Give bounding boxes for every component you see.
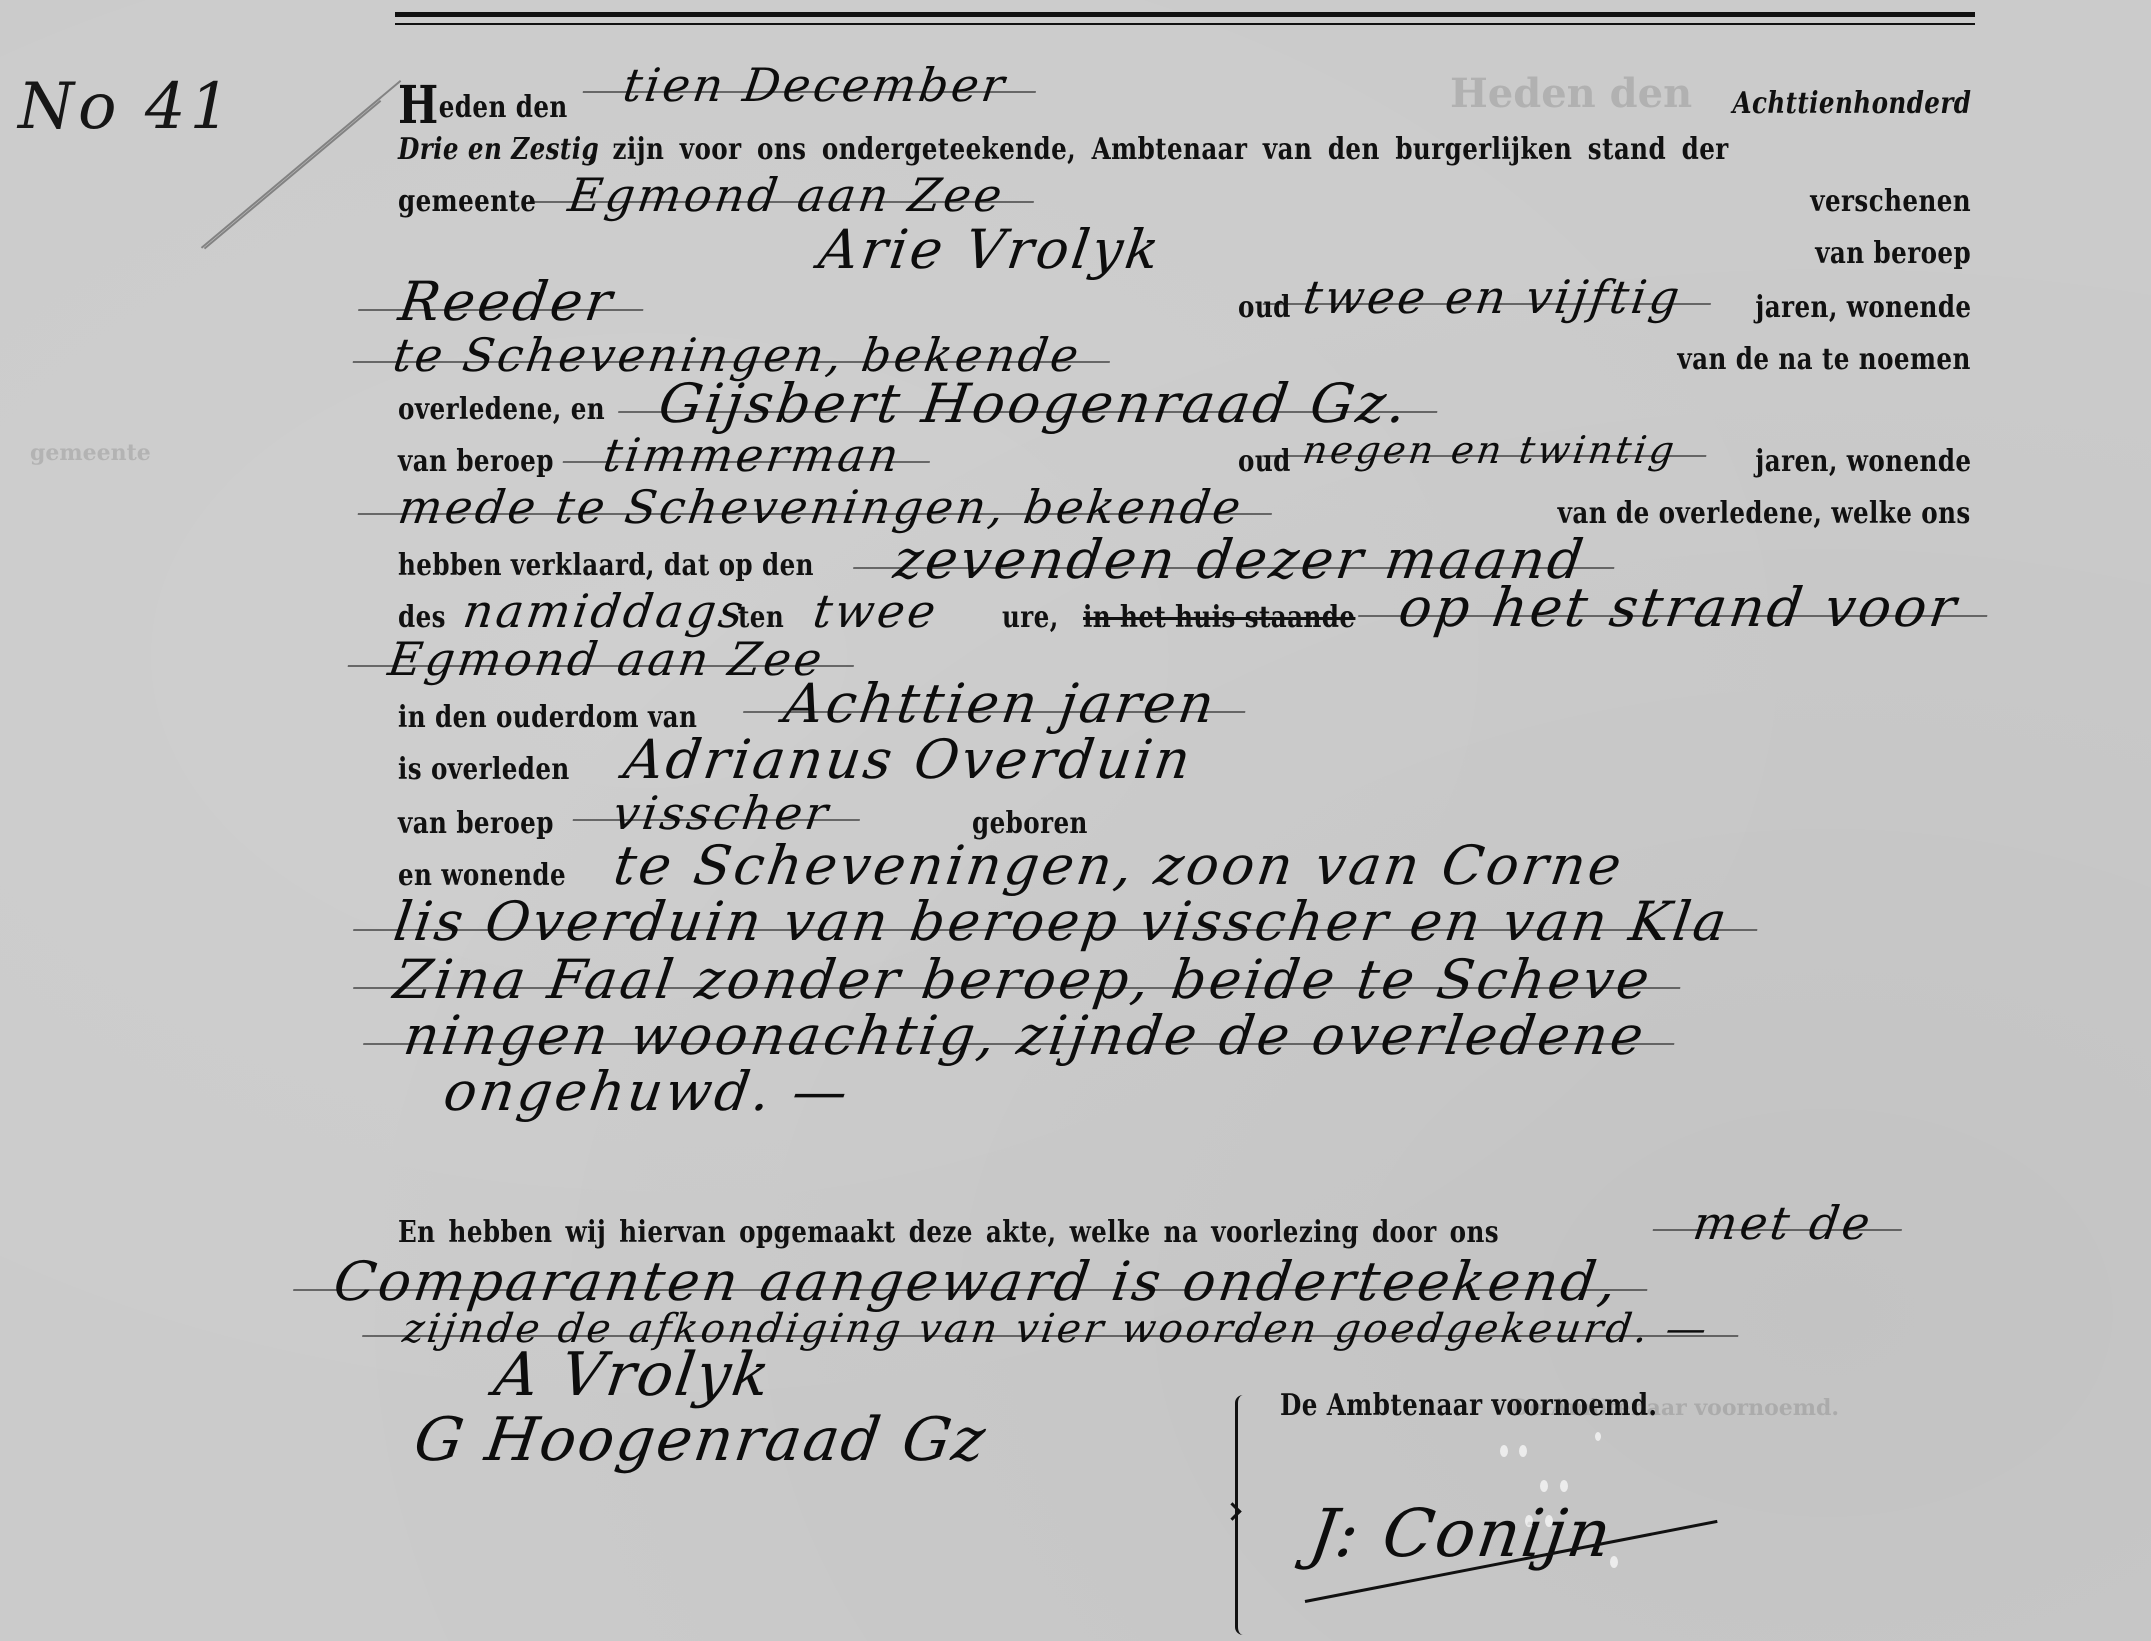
drop-cap: H bbox=[398, 75, 439, 136]
handwritten-hour: twee bbox=[810, 584, 942, 638]
entry-number: No 41 bbox=[18, 70, 234, 144]
printed-gemeente: gemeente bbox=[398, 184, 536, 219]
handwritten-residence-parent: te Scheveningen, zoon van Corne bbox=[610, 834, 1628, 897]
printed-official-clause: , zijn voor ons ondergeteekende, Ambtena… bbox=[588, 132, 1729, 167]
printed-en-wonende: en wonende bbox=[398, 858, 566, 893]
printed-ten: ten bbox=[738, 600, 784, 635]
printed-closing-clause: En hebben wij hiervan opgemaakt deze akt… bbox=[398, 1215, 1499, 1250]
handwritten-closing-2: Comparanten aangeward is onderteekend, bbox=[330, 1250, 1623, 1313]
printed-van-beroep-2: van beroep bbox=[398, 444, 554, 479]
handwritten-witness-2-name: Gijsbert Hoogenraad Gz. bbox=[655, 372, 1413, 435]
handwritten-place-of-death-cont: Egmond aan Zee bbox=[385, 632, 828, 686]
handwritten-witness-1-age: twee en vijftig bbox=[1300, 270, 1686, 324]
handwritten-parents-line-3: ningen woonachtig, zijnde de overledene bbox=[400, 1004, 1650, 1067]
printed-na-te-noemen: van de na te noemen bbox=[1678, 342, 1971, 377]
handwritten-closing-1: met de bbox=[1690, 1196, 1876, 1250]
paper-hole bbox=[1540, 1480, 1548, 1492]
paper-hole bbox=[1519, 1445, 1527, 1457]
printed-van-beroep: van beroep bbox=[1815, 236, 1971, 271]
handwritten-witness-1-name: Arie Vrolyk bbox=[815, 218, 1166, 281]
printed-text: eden den bbox=[439, 90, 568, 125]
handwritten-witness-2-occupation: timmerman bbox=[600, 428, 905, 482]
printed-van-beroep-3: van beroep bbox=[398, 806, 554, 841]
handwritten-deceased-occupation: visscher bbox=[610, 786, 834, 840]
printed-jaren-wonende: jaren, wonende bbox=[1755, 290, 1971, 325]
printed-overledene-en: overledene, en bbox=[398, 392, 605, 427]
paper-hole bbox=[1525, 1515, 1533, 1527]
signature-witness-2: G Hoogenraad Gz bbox=[410, 1405, 991, 1475]
paper-hole bbox=[1560, 1480, 1568, 1492]
printed-des: des bbox=[398, 600, 446, 635]
printed-struck-in-het-huis: in het huis staande bbox=[1083, 600, 1355, 635]
handwritten-place-of-death: op het strand voor bbox=[1395, 576, 1963, 639]
signature-witness-1: A Vrolyk bbox=[490, 1340, 776, 1410]
handwritten-municipality: Egmond aan Zee bbox=[565, 168, 1008, 222]
paper-hole bbox=[1500, 1445, 1508, 1457]
printed-heden-den: Heden den bbox=[398, 80, 568, 132]
handwritten-deceased-name: Adrianus Overduin bbox=[620, 728, 1197, 791]
paper-hole bbox=[1595, 1432, 1601, 1441]
printed-official-label: De Ambtenaar voornoemd. bbox=[1280, 1388, 1657, 1423]
ghost-text: gemeente bbox=[30, 440, 151, 466]
printed-oud: oud bbox=[1238, 290, 1291, 325]
printed-jaren-wonende-2: jaren, wonende bbox=[1755, 444, 1971, 479]
handwritten-parents-line-1: lis Overduin van beroep visscher en van … bbox=[390, 890, 1733, 953]
printed-is-overleden: is overleden bbox=[398, 752, 570, 787]
handwritten-parents-line-2: Zina Faal zonder beroep, beide te Scheve bbox=[390, 948, 1656, 1011]
handwritten-marital-status: ongehuwd. — bbox=[440, 1060, 854, 1123]
paper-hole bbox=[1545, 1515, 1553, 1527]
document-page: Heden den gemeente De Ambtenaar voornoem… bbox=[0, 0, 2151, 1641]
printed-oud-2: oud bbox=[1238, 444, 1291, 479]
printed-year-prefix: Achttienhonderd bbox=[1732, 86, 1971, 121]
printed-verschenen: verschenen bbox=[1810, 184, 1971, 219]
handwritten-witness-2-residence: mede te Scheveningen, bekende bbox=[395, 480, 1247, 534]
handwritten-witness-1-occupation: Reeder bbox=[395, 270, 619, 333]
paper-hole bbox=[1610, 1556, 1618, 1568]
printed-ure: ure, bbox=[1002, 600, 1059, 635]
printed-year-words: Drie en Zestig bbox=[398, 132, 599, 167]
handwritten-deceased-age: Achttien jaren bbox=[780, 672, 1221, 735]
signature-brace bbox=[1235, 1395, 1252, 1635]
printed-van-de-overledene: van de overledene, welke ons bbox=[1558, 496, 1971, 531]
handwritten-witness-2-age: negen en twintig bbox=[1300, 428, 1680, 472]
top-double-rule bbox=[395, 12, 1975, 25]
signature-official: J: Conijn bbox=[1305, 1495, 1618, 1572]
printed-hebben-verklaard: hebben verklaard, dat op den bbox=[398, 548, 814, 583]
handwritten-time-of-day: namiddags bbox=[460, 584, 749, 638]
handwritten-date: tien December bbox=[620, 58, 1011, 112]
ghost-text: Heden den bbox=[1450, 70, 1692, 117]
